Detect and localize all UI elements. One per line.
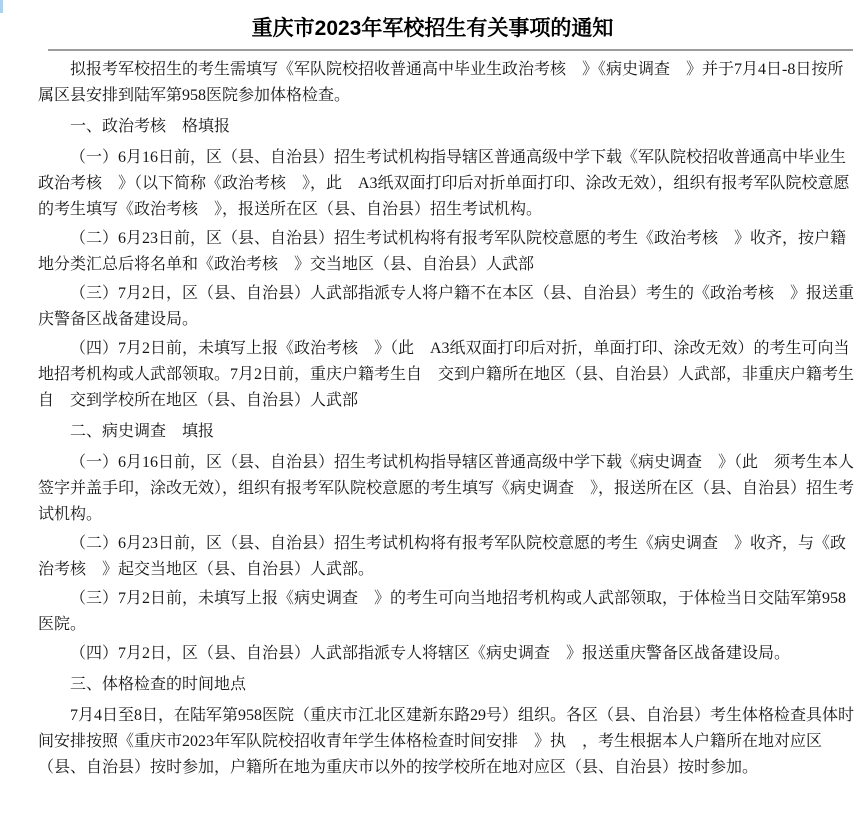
page-title: 重庆市2023年军校招生有关事项的通知 xyxy=(0,12,865,42)
section-1-paragraph-3: （三）7月2日，区（县、自治县）人武部指派专人将户籍不在本区（县、自治县）考生的… xyxy=(38,281,855,333)
section-1-paragraph-2: （二）6月23日前，区（县、自治县）招生考试机构将有报考军队院校意愿的考生《政治… xyxy=(38,226,855,278)
section-2-paragraph-4: （四）7月2日，区（县、自治县）人武部指派专人将辖区《病史调查 》报送重庆警备区… xyxy=(38,641,855,667)
intro-paragraph: 拟报考军校招生的考生需填写《军队院校招收普通高中毕业生政治考核 》《病史调查 》… xyxy=(38,57,855,109)
section-3-heading: 三、体格检查的时间地点 xyxy=(38,672,855,698)
section-2-paragraph-3: （三）7月2日前，未填写上报《病史调查 》的考生可向当地招考机构或人武部领取，于… xyxy=(38,586,855,638)
section-1-paragraph-1: （一）6月16日前，区（县、自治县）招生考试机构指导辖区普通高级中学下载《军队院… xyxy=(38,145,855,223)
section-1-paragraph-4: （四）7月2日前，未填写上报《政治考核 》（此 A3纸双面打印后对折，单面打印、… xyxy=(38,336,855,414)
section-2-heading: 二、病史调查 填报 xyxy=(38,419,855,445)
section-3-paragraph-1: 7月4日至8日，在陆军第958医院（重庆市江北区建新东路29号）组织。各区（县、… xyxy=(38,703,855,781)
section-2-paragraph-2: （二）6月23日前，区（县、自治县）招生考试机构将有报考军队院校意愿的考生《病史… xyxy=(38,531,855,583)
corner-highlight-mark xyxy=(0,0,3,13)
notice-page: 重庆市2023年军校招生有关事项的通知 拟报考军校招生的考生需填写《军队院校招收… xyxy=(0,0,865,825)
title-divider xyxy=(48,49,853,51)
section-1-heading: 一、政治考核 格填报 xyxy=(38,114,855,140)
section-2-paragraph-1: （一）6月16日前，区（县、自治县）招生考试机构指导辖区普通高级中学下载《病史调… xyxy=(38,450,855,528)
document-body: 拟报考军校招生的考生需填写《军队院校招收普通高中毕业生政治考核 》《病史调查 》… xyxy=(0,57,865,781)
